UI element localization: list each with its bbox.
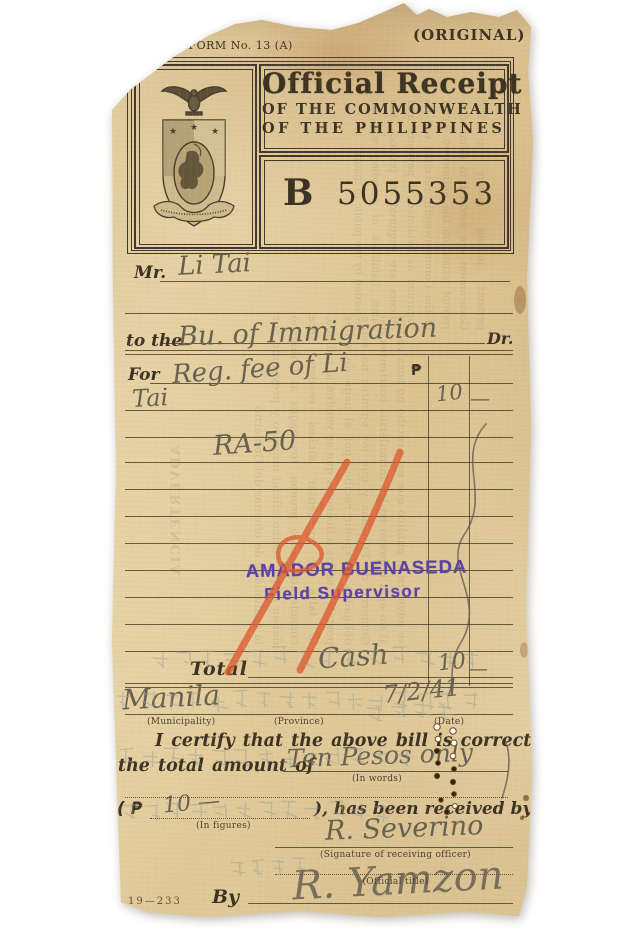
- particulars-label: For: [128, 365, 159, 385]
- signature-line: [275, 847, 513, 848]
- ruled-line: [125, 410, 513, 411]
- copy-type-label: (ORIGINAL): [413, 26, 525, 44]
- particulars-handwriting-2: Tai: [131, 383, 169, 413]
- debtor-label: Dr.: [487, 329, 513, 348]
- payment-method-handwriting: Cash: [317, 638, 390, 676]
- water-stain: [420, 150, 510, 280]
- ruled-line: [125, 489, 513, 490]
- stamp-name: AMADOR BUENASEDA: [246, 556, 456, 582]
- payee-label: to the: [126, 331, 182, 351]
- province-label: (Province): [274, 717, 324, 727]
- in-figures-label: (In figures): [196, 821, 251, 831]
- rubber-stamp: AMADOR BUENASEDA Field Supervisor: [246, 556, 457, 605]
- ruled-line: [125, 543, 513, 544]
- amount-pesos-handwriting: 10: [435, 380, 464, 407]
- total-label: Total: [190, 658, 248, 680]
- ruled-line: [125, 313, 513, 314]
- place-date-line: [125, 714, 513, 715]
- receipt-subtitle-1: OF THE COMMONWEALTH: [262, 101, 502, 118]
- svg-text:★: ★: [211, 127, 219, 137]
- amount-centavos-handwriting: —: [470, 386, 490, 410]
- receipt-paper: se advierte al publico que este recibo n…: [0, 0, 640, 943]
- ruled-line: [160, 281, 510, 282]
- seal-eagle-body: [189, 95, 200, 111]
- receiving-officer-label: (Signature of receiving officer): [298, 850, 493, 860]
- water-stain: [250, 10, 420, 90]
- series-letter: B: [283, 172, 313, 214]
- amount-in-figures-handwriting: 10 —: [162, 789, 221, 819]
- ruled-line: [125, 624, 513, 625]
- commonwealth-seal: ★★★: [148, 80, 240, 236]
- certify-line-2: the total amount of: [118, 756, 314, 776]
- in-figures-line: [150, 818, 310, 819]
- total-pesos-handwriting: 10: [437, 649, 467, 677]
- amount-column-divider: [428, 356, 429, 686]
- certify-line-1: I certify that the above bill is correct…: [155, 731, 624, 751]
- total-centavos-handwriting: —: [468, 656, 488, 680]
- received-clause: ), has been received by me this date.: [314, 799, 640, 819]
- case-note-handwriting: RA-50: [212, 425, 297, 462]
- payer-name-handwriting: Li Tai: [177, 248, 251, 282]
- official-title-label: (Official title): [298, 877, 493, 887]
- stamp-title: Field Supervisor: [264, 581, 456, 605]
- peso-sign-column-header: ₱: [411, 361, 421, 379]
- municipality-handwriting: Manila: [121, 678, 221, 716]
- payee-handwriting: Bu. of Immigration: [178, 312, 438, 352]
- ruled-line: [125, 462, 513, 463]
- scanned-receipt-image: se advierte al publico que este recibo n…: [0, 0, 640, 943]
- date-label: (Date): [434, 717, 464, 727]
- by-label: By: [212, 886, 239, 908]
- paren-peso-sign: ( ₱: [117, 799, 143, 819]
- svg-text:★: ★: [169, 127, 177, 137]
- ruled-line: [125, 437, 513, 438]
- date-handwriting: 7/2/41: [382, 673, 462, 709]
- payer-label: Mr.: [134, 263, 166, 283]
- svg-text:★: ★: [190, 123, 198, 133]
- receipt-subtitle-2: OF THE PHILIPPINES: [262, 120, 502, 137]
- print-code: 19—233: [128, 896, 182, 907]
- in-words-label: (In words): [352, 774, 402, 784]
- municipality-label: (Municipality): [147, 717, 215, 727]
- paper-shadow-wrap: se advierte al publico que este recibo n…: [0, 0, 640, 943]
- ruled-line: [125, 516, 513, 517]
